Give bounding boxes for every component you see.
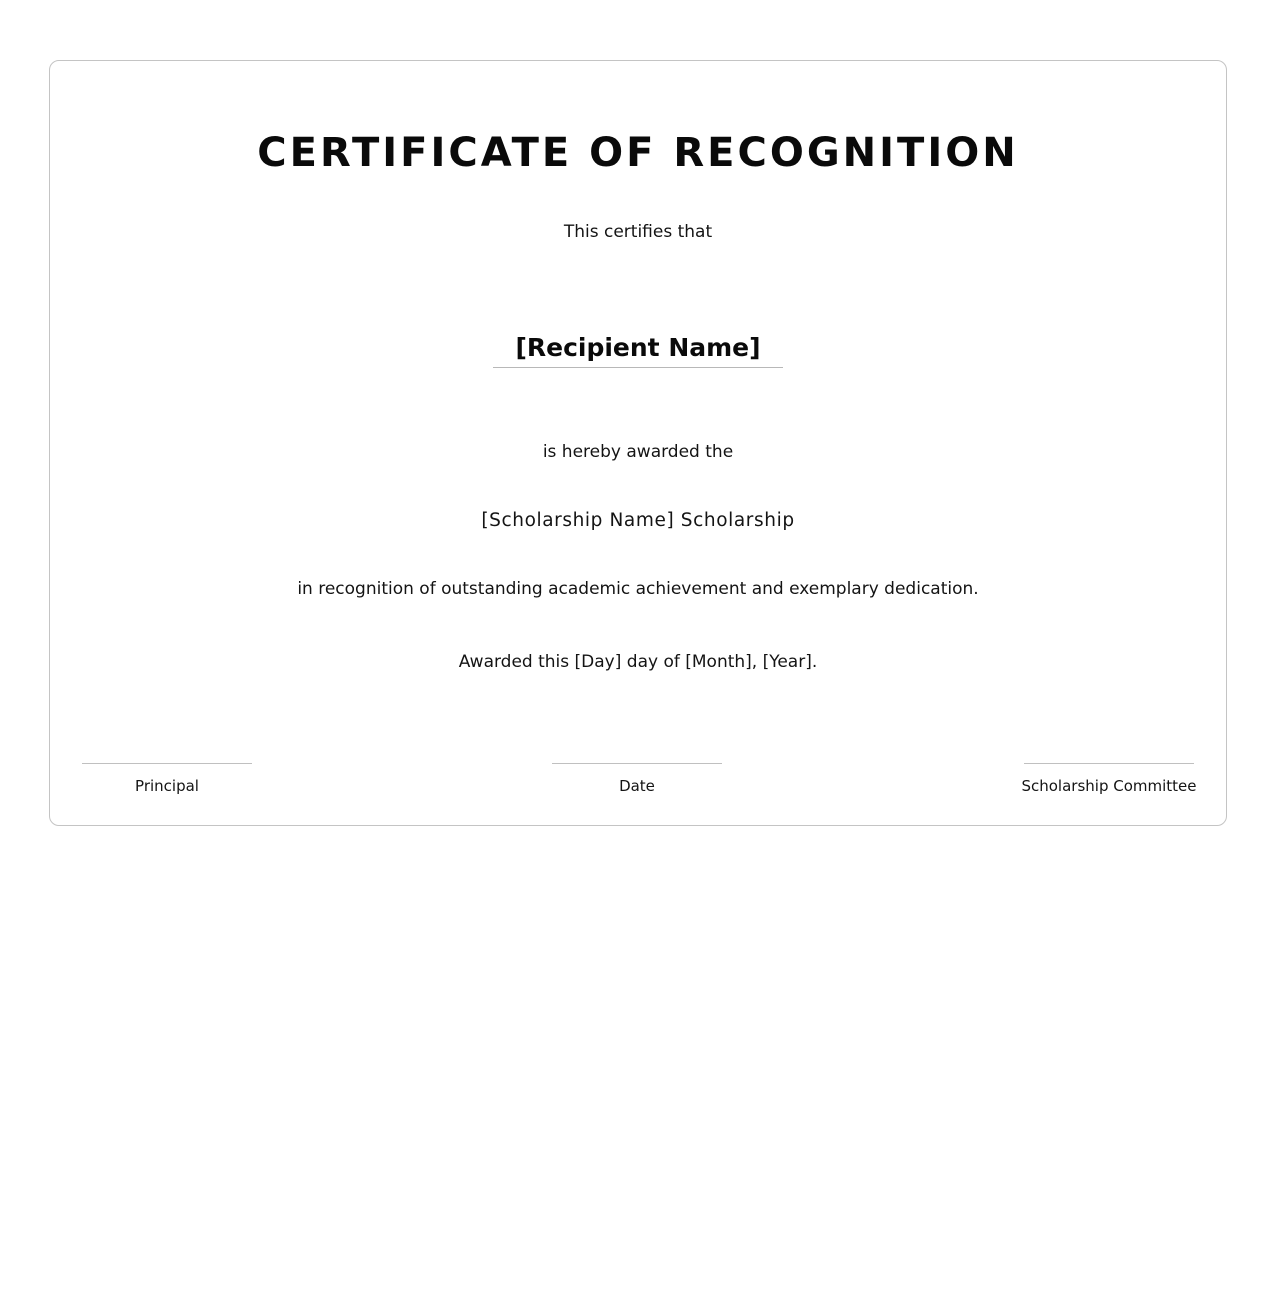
scholarship-name: [Scholarship Name] Scholarship [50,510,1226,532]
signature-line [552,763,722,764]
signature-line [82,763,252,764]
signature-line [1024,763,1194,764]
award-intro-text: is hereby awarded the [50,441,1226,463]
certificate-title: CERTIFICATE OF RECOGNITION [50,129,1226,177]
intro-text: This certifies that [50,221,1226,243]
signature-label: Date [552,776,722,796]
signature-scholarship-committee: Scholarship Committee [1024,763,1194,796]
signature-principal: Principal [82,763,252,796]
signature-date: Date [552,763,722,796]
recognition-text: in recognition of outstanding academic a… [50,578,1226,600]
signature-label: Scholarship Committee [1014,776,1204,796]
award-date-text: Awarded this [Day] day of [Month], [Year… [50,651,1226,673]
recipient-section: [Recipient Name] [50,331,1226,368]
certificate-card: CERTIFICATE OF RECOGNITION This certifie… [49,60,1227,826]
signature-label: Principal [82,776,252,796]
recipient-name: [Recipient Name] [493,331,782,368]
